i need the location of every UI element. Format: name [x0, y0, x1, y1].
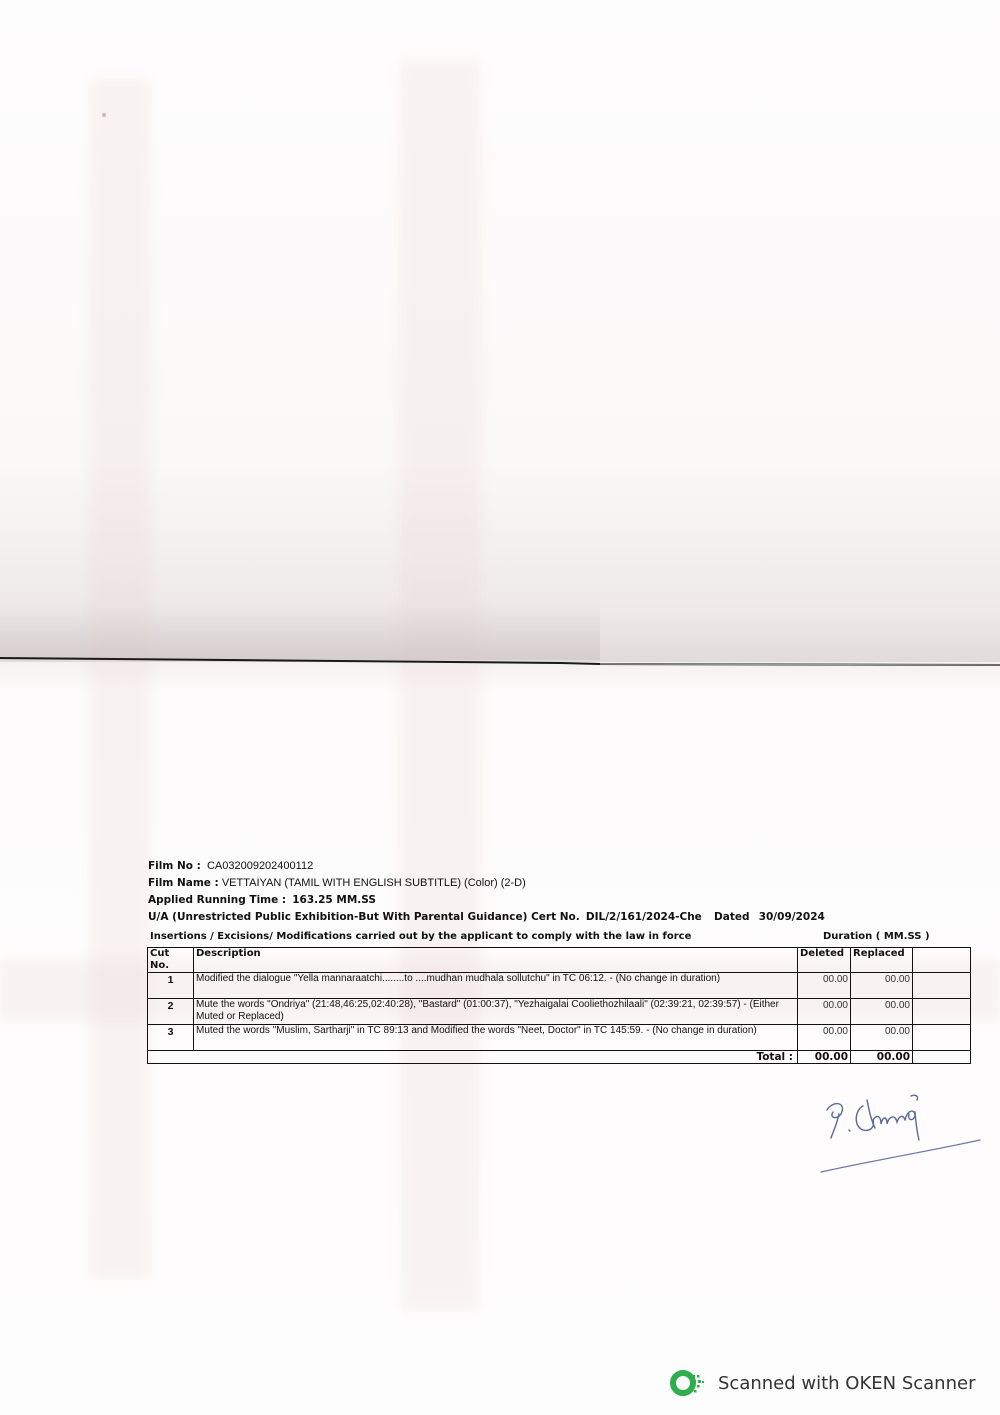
fold-shadow: [0, 600, 600, 660]
total-row: Total : 00.00 00.00: [148, 1051, 971, 1064]
blank-cell: [913, 999, 971, 1025]
film-no-row: Film No : CA032009202400112: [148, 858, 825, 875]
paper-upper-half: [0, 0, 1000, 662]
certificate-type: U/A (Unrestricted Public Exhibition-But …: [148, 911, 580, 923]
film-name-value: VETTAIYAN (TAMIL WITH ENGLISH SUBTITLE) …: [222, 877, 526, 889]
header-deleted: Deleted: [798, 948, 851, 973]
total-deleted: 00.00: [798, 1051, 851, 1064]
handwritten-signature-icon: [815, 1090, 985, 1180]
header-cut-no: Cut No.: [148, 948, 194, 973]
paper-fold-line: [0, 657, 1000, 669]
cut-description: Muted the words "Muslim, Sartharji" in T…: [194, 1025, 798, 1051]
deleted-duration: 00.00: [798, 999, 851, 1025]
deleted-duration: 00.00: [798, 1025, 851, 1051]
dated-label: Dated: [714, 911, 749, 923]
film-details: Film No : CA032009202400112 Film Name : …: [148, 858, 825, 926]
cut-description: Mute the words "Ondriya" (21:48,46:25,02…: [194, 999, 798, 1025]
certificate-date: 30/09/2024: [759, 911, 825, 923]
table-header-row: Cut No. Description Deleted Replaced: [148, 948, 971, 973]
modifications-heading-row: Insertions / Excisions/ Modifications ca…: [150, 931, 940, 942]
scan-smudge: [400, 60, 480, 1310]
scan-smudge: [90, 80, 150, 1280]
cut-description: Modified the dialogue "Yella mannaraatch…: [194, 973, 798, 999]
header-replaced: Replaced: [851, 948, 913, 973]
scan-speck: [102, 113, 106, 117]
cut-no: 2: [148, 999, 194, 1025]
total-label: Total :: [148, 1051, 798, 1064]
deleted-duration: 00.00: [798, 973, 851, 999]
replaced-duration: 00.00: [851, 1025, 913, 1051]
replaced-duration: 00.00: [851, 999, 913, 1025]
running-time-label: Applied Running Time :: [148, 894, 286, 906]
modifications-heading: Insertions / Excisions/ Modifications ca…: [150, 931, 691, 942]
film-no-value: CA032009202400112: [207, 860, 313, 872]
film-name-label: Film Name :: [148, 877, 219, 889]
certificate-number: DIL/2/161/2024-Che: [586, 911, 702, 923]
table-row: 2 Mute the words "Ondriya" (21:48,46:25,…: [148, 999, 971, 1025]
cuts-table: Cut No. Description Deleted Replaced 1 M…: [147, 947, 971, 1064]
duration-heading: Duration ( MM.SS ): [823, 931, 930, 942]
running-time-value: 163.25 MM.SS: [292, 894, 376, 906]
certificate-row: U/A (Unrestricted Public Exhibition-But …: [148, 909, 825, 926]
cut-no: 1: [148, 973, 194, 999]
table-row: 1 Modified the dialogue "Yella mannaraat…: [148, 973, 971, 999]
blank-cell: [913, 1025, 971, 1051]
oken-scanner-logo-icon: [670, 1369, 706, 1397]
film-name-row: Film Name : VETTAIYAN (TAMIL WITH ENGLIS…: [148, 875, 825, 892]
total-replaced: 00.00: [851, 1051, 913, 1064]
watermark-text: Scanned with OKEN Scanner: [718, 1373, 975, 1394]
blank-cell: [913, 1051, 971, 1064]
header-blank: [913, 948, 971, 973]
header-description: Description: [194, 948, 798, 973]
scanner-watermark: Scanned with OKEN Scanner: [670, 1366, 975, 1400]
cut-no: 3: [148, 1025, 194, 1051]
table-row: 3 Muted the words "Muslim, Sartharji" in…: [148, 1025, 971, 1051]
film-no-label: Film No :: [148, 860, 201, 872]
replaced-duration: 00.00: [851, 973, 913, 999]
running-time-row: Applied Running Time : 163.25 MM.SS: [148, 892, 825, 909]
blank-cell: [913, 973, 971, 999]
